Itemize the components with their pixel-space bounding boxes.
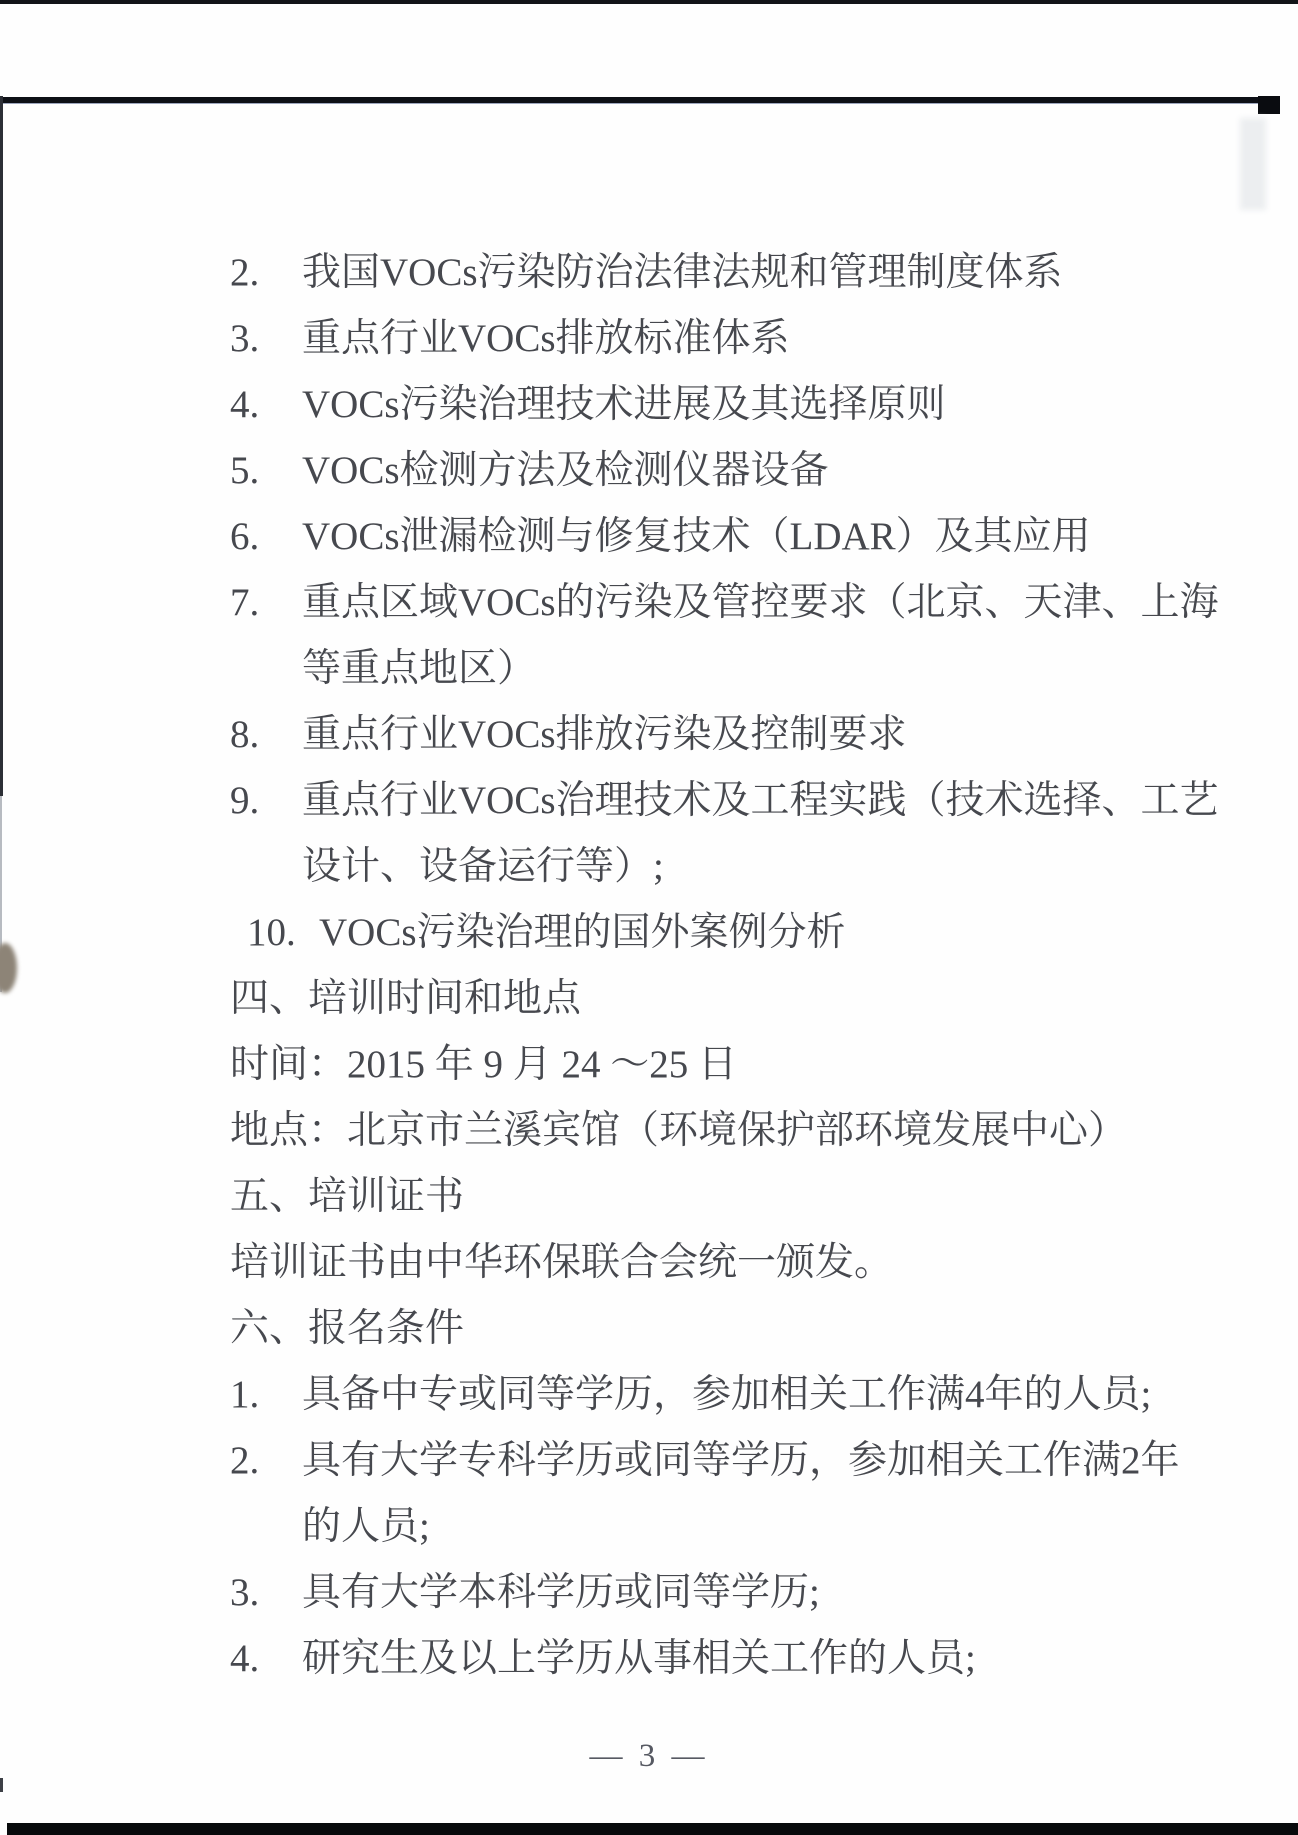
course-item: 2.我国VOCs污染防治法律法规和管理制度体系 [230,240,1298,306]
item-text: 重点区域VOCs的污染及管控要求（北京、天津、上海 [302,581,1219,624]
item-text: 重点行业VOCs治理技术及工程实践（技术选择、工艺 [302,779,1219,822]
section-heading-training-time-place: 四、培训时间和地点 [230,966,1298,1032]
item-number: 4. [230,372,302,438]
scan-artifact-bottom-bar [7,1823,1298,1835]
item-text: VOCs泄漏检测与修复技术（LDAR）及其应用 [302,515,1091,558]
course-item: 7.重点区域VOCs的污染及管控要求（北京、天津、上海 [230,570,1298,636]
item-number: 4. [230,1626,302,1692]
scan-artifact-left-tick [0,1778,3,1792]
course-item: 8.重点行业VOCs排放污染及控制要求 [230,702,1298,768]
scan-artifact-top-edge [0,0,1298,4]
training-place-line: 地点：北京市兰溪宾馆（环境保护部环境发展中心） [230,1098,1298,1164]
certificate-issuer-line: 培训证书由中华环保联合会统一颁发。 [230,1230,1298,1296]
document-body: 2.我国VOCs污染防治法律法规和管理制度体系 3.重点行业VOCs排放标准体系… [0,240,1298,1692]
item-number: 7. [230,570,302,636]
requirement-item: 4.研究生及以上学历从事相关工作的人员; [230,1626,1298,1692]
item-text: 重点行业VOCs排放污染及控制要求 [302,713,907,756]
item-number: 9. [230,768,302,834]
course-item: 4.VOCs污染治理技术进展及其选择原则 [230,372,1298,438]
item-text: 重点行业VOCs排放标准体系 [302,317,790,360]
item-text: 具备中专或同等学历，参加相关工作满4年的人员; [302,1373,1151,1416]
section-heading-certificate: 五、培训证书 [230,1164,1298,1230]
course-item: 9.重点行业VOCs治理技术及工程实践（技术选择、工艺 [230,768,1298,834]
course-item: 3.重点行业VOCs排放标准体系 [230,306,1298,372]
item-text: 具有大学本科学历或同等学历; [302,1571,820,1614]
item-number: 1. [230,1362,302,1428]
scan-artifact-corner-block [1258,96,1280,114]
item-text: VOCs污染治理技术进展及其选择原则 [302,383,946,426]
item-text: 我国VOCs污染防治法律法规和管理制度体系 [302,251,1063,294]
item-number: 2. [230,240,302,306]
item-number: 10. [247,900,319,966]
item-text: 具有大学专科学历或同等学历，参加相关工作满2年 [302,1439,1180,1482]
scanned-document-page: 2.我国VOCs污染防治法律法规和管理制度体系 3.重点行业VOCs排放标准体系… [0,0,1298,1835]
course-item-continuation: 设计、设备运行等）; [302,834,1298,900]
section-heading-registration-requirements: 六、报名条件 [230,1296,1298,1362]
requirement-item: 2.具有大学专科学历或同等学历，参加相关工作满2年 [230,1428,1298,1494]
item-text: 的人员; [302,1505,430,1548]
body-text: 时间：2015 年 9 月 24 ～25 日 [230,1043,737,1086]
item-number: 5. [230,438,302,504]
item-number: 6. [230,504,302,570]
item-number: 3. [230,1560,302,1626]
course-item: 6.VOCs泄漏检测与修复技术（LDAR）及其应用 [230,504,1298,570]
item-text: 研究生及以上学历从事相关工作的人员; [302,1637,976,1680]
item-number: 2. [230,1428,302,1494]
body-text: 地点：北京市兰溪宾馆（环境保护部环境发展中心） [230,1109,1127,1152]
item-number: 8. [230,702,302,768]
page-number: — 3 — [0,1738,1298,1775]
course-item: 5.VOCs检测方法及检测仪器设备 [230,438,1298,504]
item-number: 3. [230,306,302,372]
requirement-item: 1.具备中专或同等学历，参加相关工作满4年的人员; [230,1362,1298,1428]
requirement-item: 3.具有大学本科学历或同等学历; [230,1560,1298,1626]
item-text: 设计、设备运行等）; [302,845,664,888]
requirement-item-continuation: 的人员; [302,1494,1298,1560]
item-text: VOCs污染治理的国外案例分析 [319,911,846,954]
heading-text: 六、报名条件 [230,1307,464,1350]
heading-text: 五、培训证书 [230,1175,464,1218]
scan-artifact-corner-smudge [1240,118,1266,210]
item-text: 等重点地区） [302,647,536,690]
body-text: 培训证书由中华环保联合会统一颁发。 [230,1241,893,1284]
course-item-continuation: 等重点地区） [302,636,1298,702]
heading-text: 四、培训时间和地点 [230,977,581,1020]
course-item: 10.VOCs污染治理的国外案例分析 [247,900,1298,966]
item-text: VOCs检测方法及检测仪器设备 [302,449,829,492]
scan-artifact-header-rule [0,97,1262,103]
training-time-line: 时间：2015 年 9 月 24 ～25 日 [230,1032,1298,1098]
